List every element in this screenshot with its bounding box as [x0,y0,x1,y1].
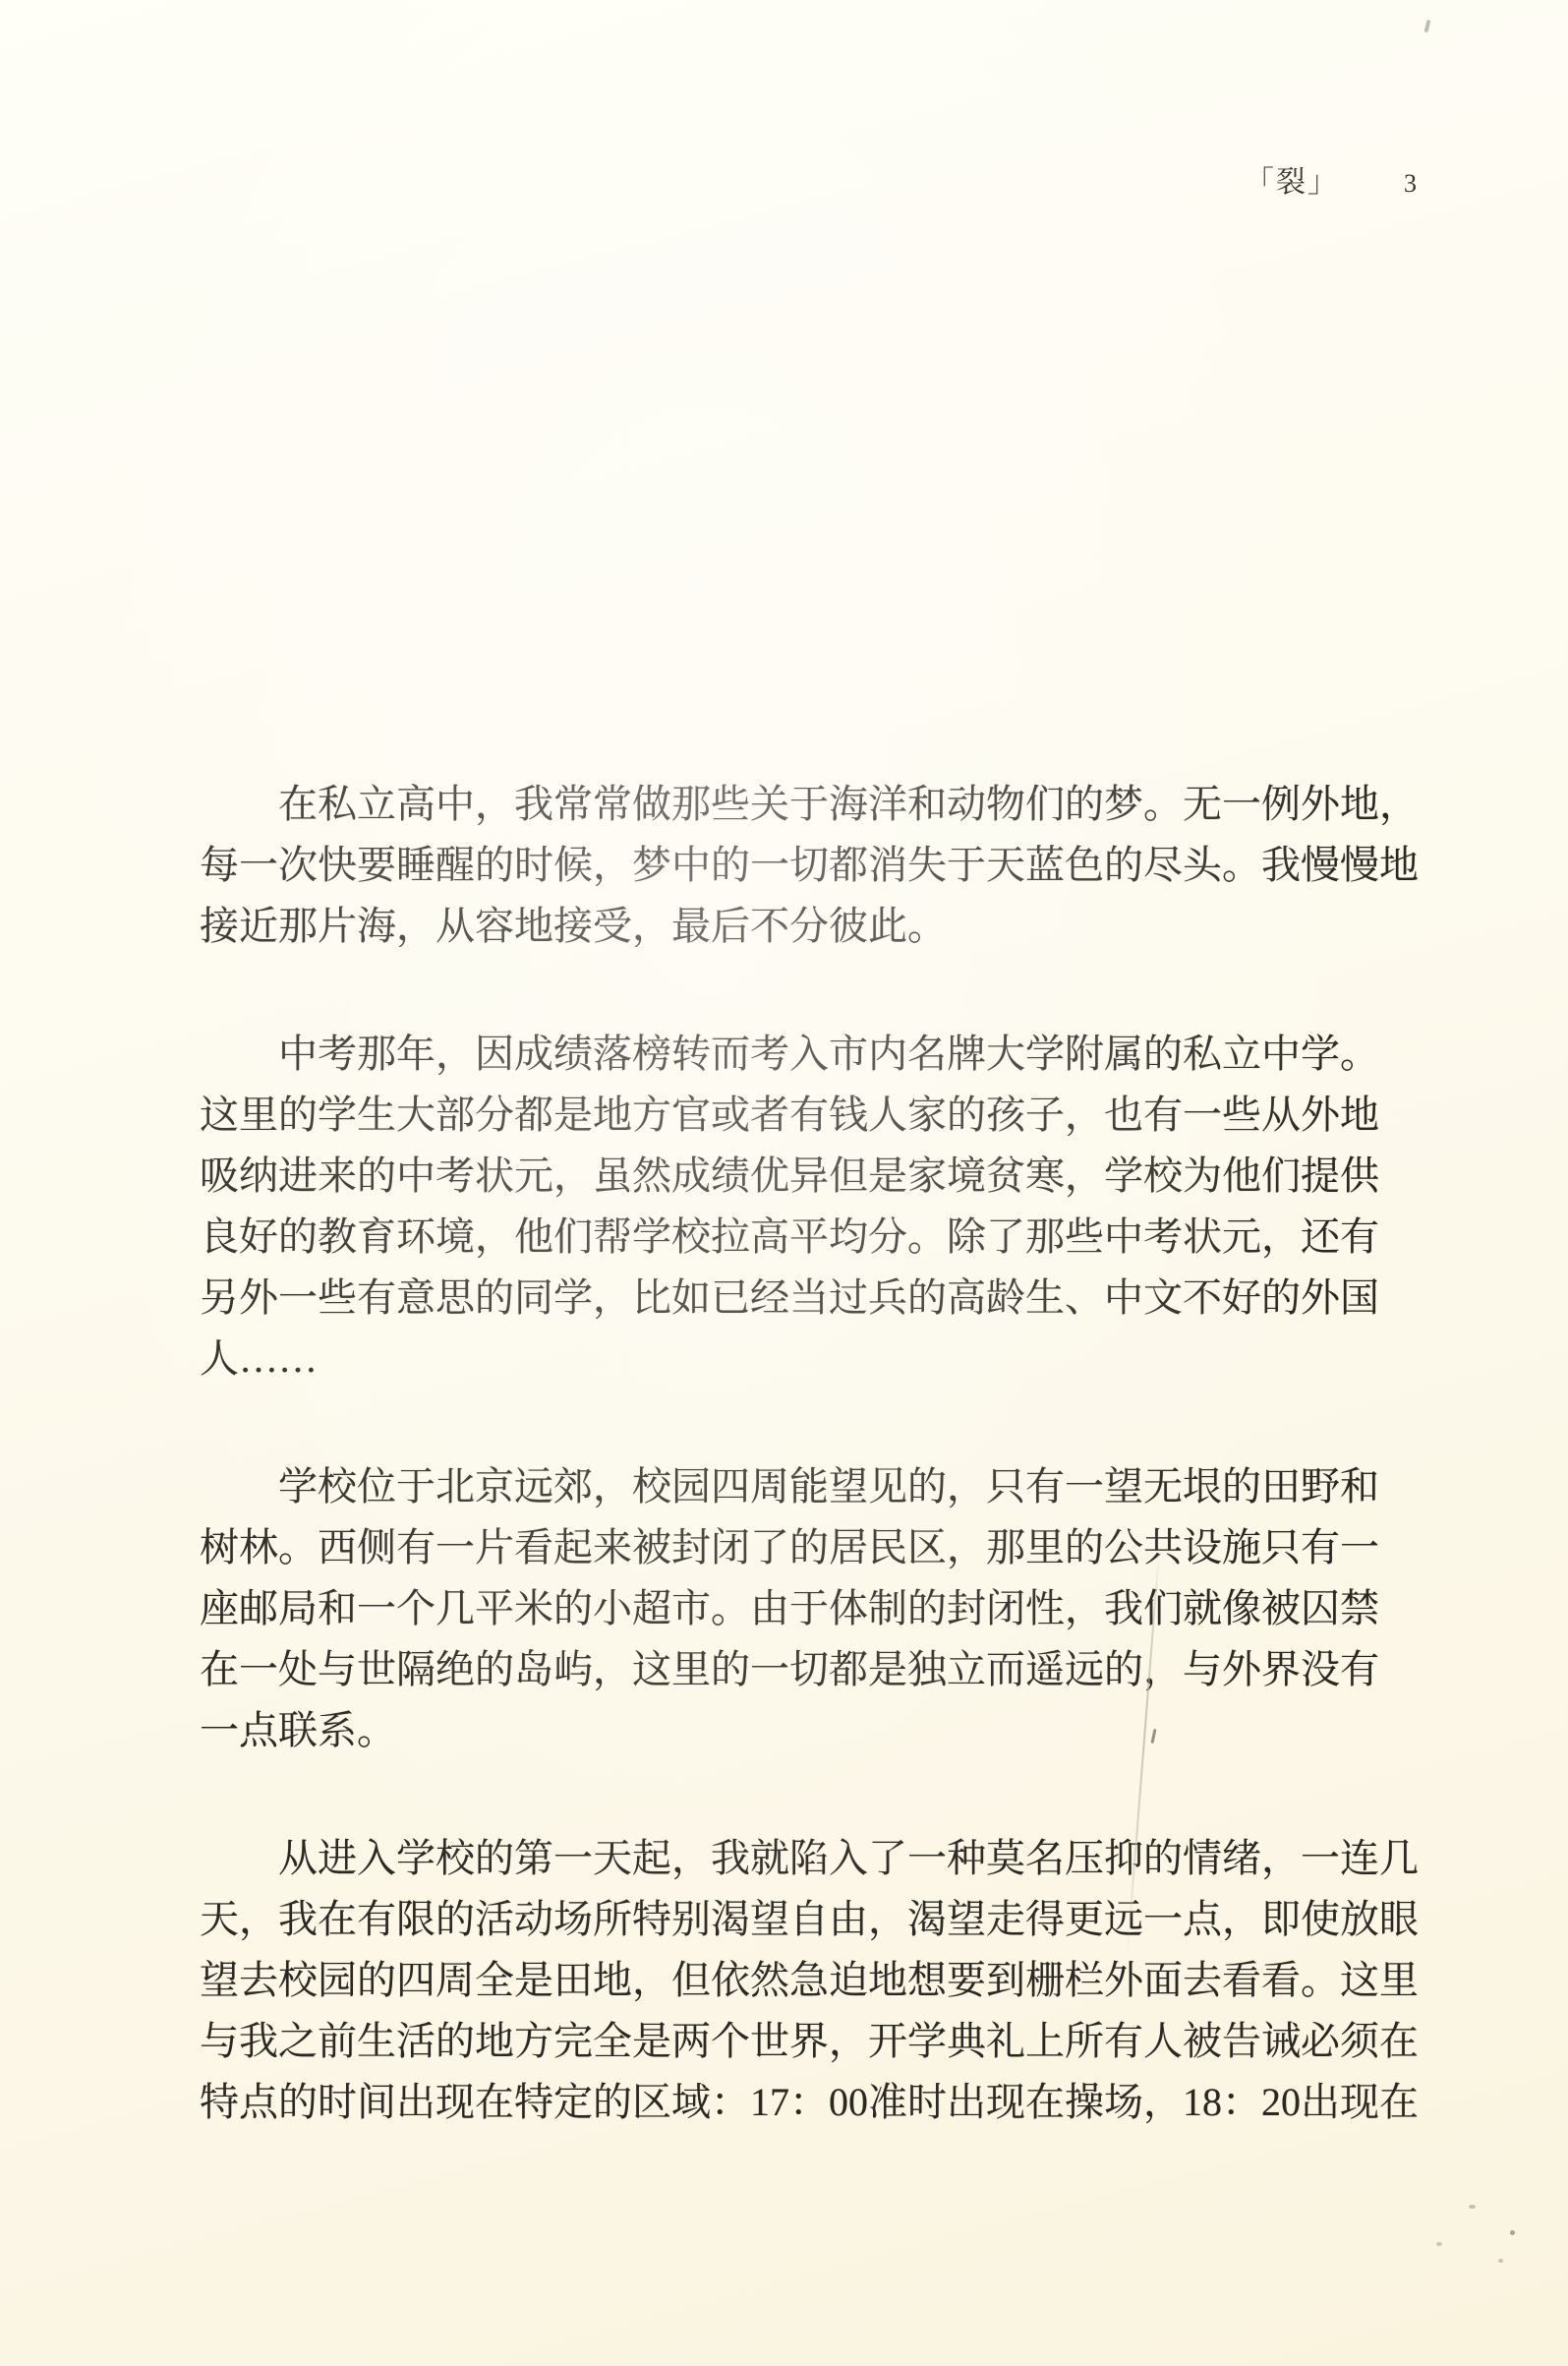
scan-speck-top [1423,20,1430,33]
paragraph-1: 在私立高中，我常常做那些关于海洋和动物们的梦。无一例外地， 每一次快要睡醒的时候… [200,774,1458,957]
paragraph-2: 中考那年，因成绩落榜转而考入市内名牌大学附属的私立中学。 这里的学生大部分都是地… [200,1024,1458,1390]
paragraph-4: 从进入学校的第一天起，我就陷入了一种莫名压抑的情绪，一连几 天，我在有限的活动场… [200,1828,1458,2133]
scan-speck [1436,2242,1442,2246]
running-header: 「裂」 3 [0,165,1568,205]
book-page-scan: 「裂」 3 在私立高中，我常常做那些关于海洋和动物们的梦。无一例外地， 每一次快… [0,0,1568,2366]
page-number: 3 [1404,168,1417,200]
body-text: 在私立高中，我常常做那些关于海洋和动物们的梦。无一例外地， 每一次快要睡醒的时候… [200,774,1458,2200]
running-title: 「裂」 [1245,165,1339,201]
scan-speck [1510,2230,1515,2235]
scan-speck [1469,2205,1476,2209]
scan-speck [1498,2259,1503,2263]
paragraph-3: 学校位于北京远郊，校园四周能望见的，只有一望无垠的田野和 树林。西侧有一片看起来… [200,1456,1458,1761]
